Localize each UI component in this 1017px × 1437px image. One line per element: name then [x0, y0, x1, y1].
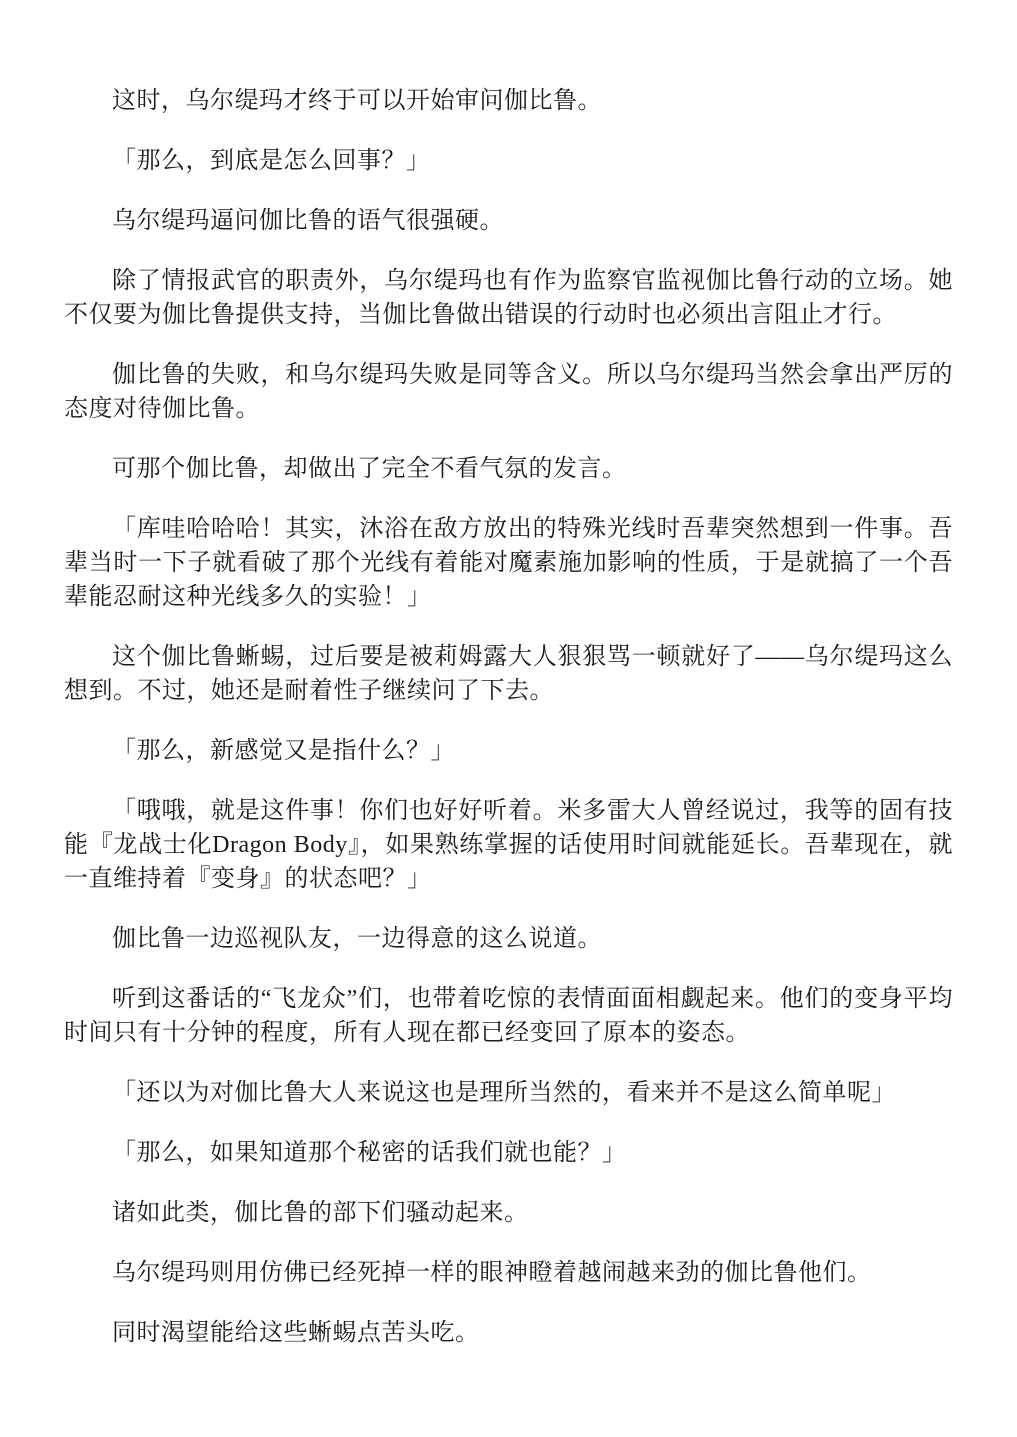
- paragraph: 同时渴望能给这些蜥蜴点苦头吃。: [64, 1316, 953, 1350]
- paragraph: 伽比鲁的失败，和乌尔缇玛失败是同等含义。所以乌尔缇玛当然会拿出严厉的态度对待伽比…: [64, 358, 953, 426]
- paragraph: 这时，乌尔缇玛才终于可以开始审问伽比鲁。: [64, 84, 953, 118]
- dialogue-paragraph: 「还以为对伽比鲁大人来说这也是理所当然的，看来并不是这么简单呢」: [64, 1076, 953, 1110]
- dialogue-paragraph: 「哦哦，就是这件事！你们也好好听着。米多雷大人曾经说过，我等的固有技能『龙战士化…: [64, 794, 953, 896]
- dialogue-paragraph: 「库哇哈哈哈！其实，沐浴在敌方放出的特殊光线时吾辈突然想到一件事。吾辈当时一下子…: [64, 512, 953, 614]
- novel-text-body: 这时，乌尔缇玛才终于可以开始审问伽比鲁。 「那么，到底是怎么回事？」 乌尔缇玛逼…: [64, 84, 953, 1350]
- paragraph: 可那个伽比鲁，却做出了完全不看气氛的发言。: [64, 452, 953, 486]
- paragraph: 听到这番话的“飞龙众”们，也带着吃惊的表情面面相觑起来。他们的变身平均时间只有十…: [64, 982, 953, 1050]
- paragraph: 乌尔缇玛则用仿佛已经死掉一样的眼神瞪着越闹越来劲的伽比鲁他们。: [64, 1256, 953, 1290]
- paragraph: 乌尔缇玛逼问伽比鲁的语气很强硬。: [64, 204, 953, 238]
- novel-page: 这时，乌尔缇玛才终于可以开始审问伽比鲁。 「那么，到底是怎么回事？」 乌尔缇玛逼…: [0, 0, 1017, 1437]
- paragraph: 这个伽比鲁蜥蜴，过后要是被莉姆露大人狠狠骂一顿就好了——乌尔缇玛这么想到。不过，…: [64, 640, 953, 708]
- dialogue-paragraph: 「那么，如果知道那个秘密的话我们就也能？」: [64, 1136, 953, 1170]
- paragraph: 除了情报武官的职责外，乌尔缇玛也有作为监察官监视伽比鲁行动的立场。她不仅要为伽比…: [64, 264, 953, 332]
- paragraph: 诸如此类，伽比鲁的部下们骚动起来。: [64, 1196, 953, 1230]
- paragraph: 伽比鲁一边巡视队友，一边得意的这么说道。: [64, 922, 953, 956]
- dialogue-paragraph: 「那么，到底是怎么回事？」: [64, 144, 953, 178]
- dialogue-paragraph: 「那么，新感觉又是指什么？」: [64, 734, 953, 768]
